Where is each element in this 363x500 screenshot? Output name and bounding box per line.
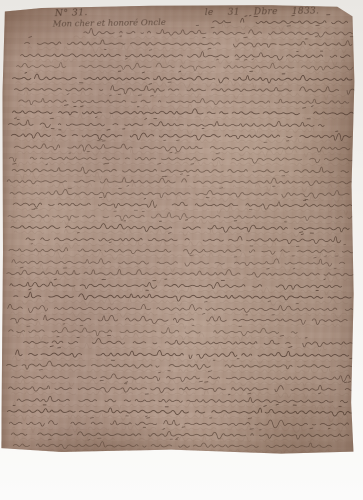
scanned-letter-page: N° 31. le 31 Dbre 1833. Mon cher et hono… (0, 0, 363, 500)
letter-paper-sheet: N° 31. le 31 Dbre 1833. Mon cher et hono… (1, 3, 357, 456)
handwriting-body (1, 3, 357, 456)
letter-salutation: Mon cher et honoré Oncle (53, 18, 166, 30)
letter-dateline: le 31 Dbre 1833. (205, 6, 320, 18)
letter-number: N° 31. (55, 7, 88, 19)
